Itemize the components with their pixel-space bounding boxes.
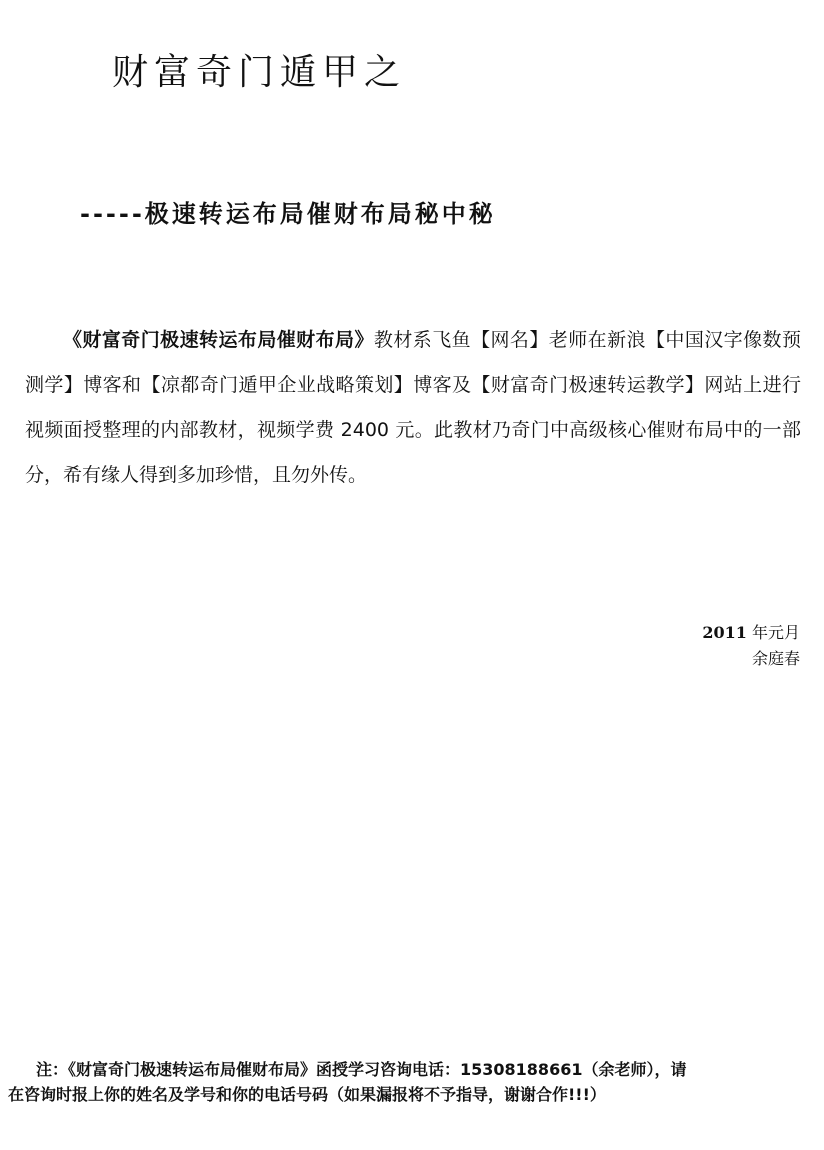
body-paragraph: 《财富奇门极速转运布局催财布局》教材系飞鱼【网名】老师在新浪【中国汉字像数预测学… (25, 318, 801, 498)
signature-date: 2011 年元月 (702, 620, 800, 646)
signature-month: 年元月 (747, 623, 800, 642)
signature-year: 2011 (702, 623, 747, 642)
footer-note: 注：《财富奇门极速转运布局催财布局》函授学习咨询电话：15308188661（余… (8, 1057, 808, 1107)
book-title: 《财富奇门极速转运布局催财布局》 (63, 329, 374, 351)
signature-author: 余庭春 (702, 646, 800, 672)
body-text: 教材系飞鱼【网名】老师在新浪【中国汉字像数预测学】博客和【凉都奇门遁甲企业战略策… (25, 329, 801, 486)
footer-note-line-1: 注：《财富奇门极速转运布局催财布局》函授学习咨询电话：15308188661（余… (8, 1057, 808, 1082)
signature-block: 2011 年元月 余庭春 (702, 620, 800, 672)
document-title: 财富奇门遁甲之 (112, 44, 406, 95)
footer-note-line-2: 在咨询时报上你的姓名及学号和你的电话号码（如果漏报将不予指导，谢谢合作!!!） (8, 1082, 808, 1107)
document-subtitle: -----极速转运布局催财布局秘中秘 (80, 194, 496, 229)
